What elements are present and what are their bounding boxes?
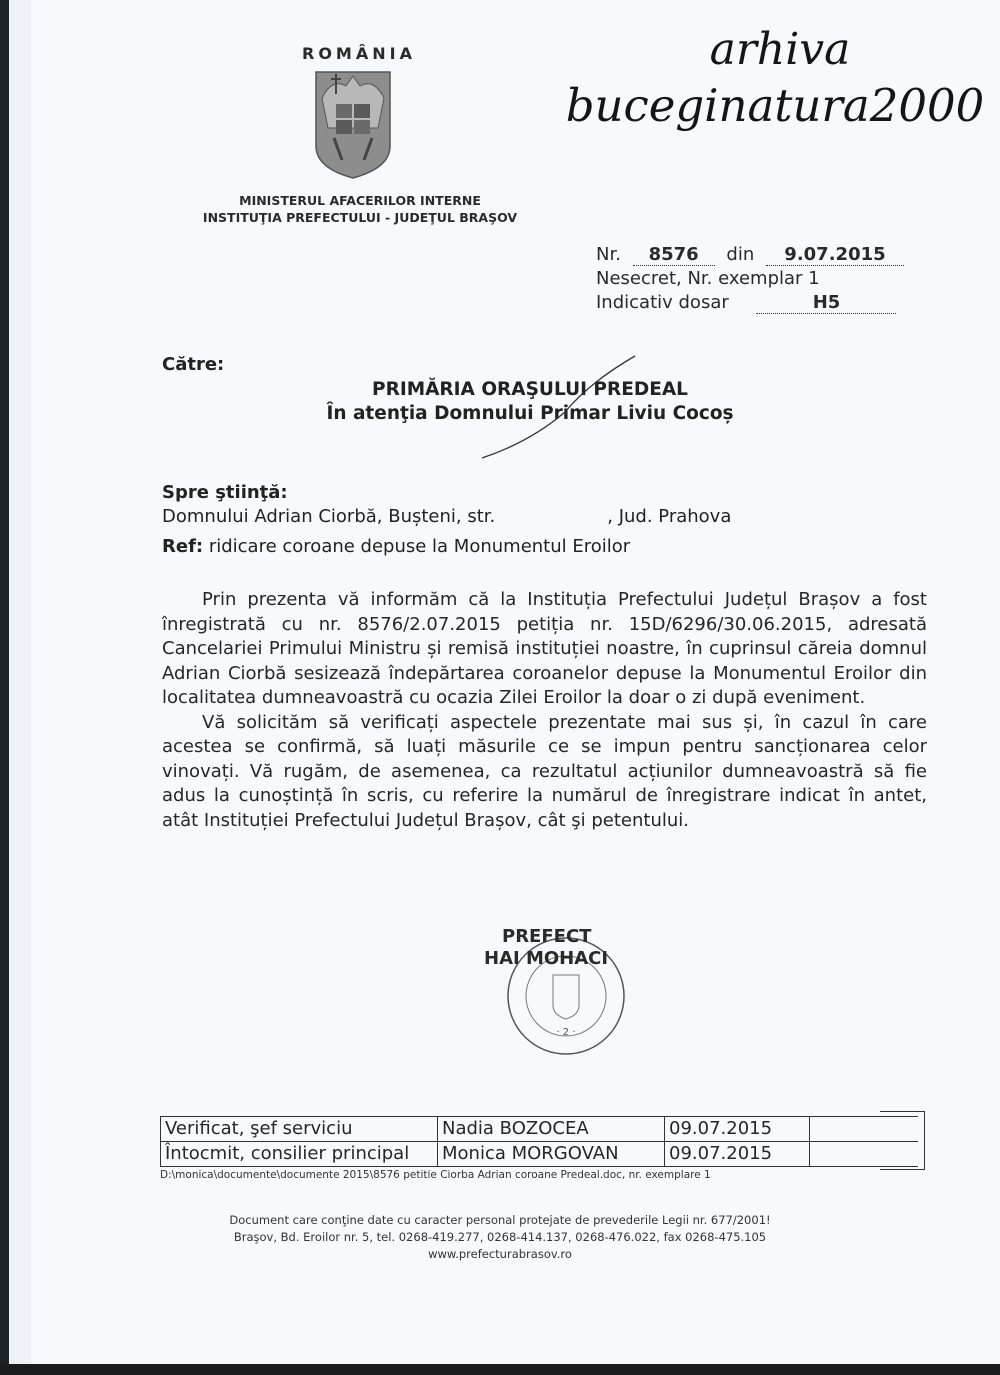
- handwritten-slash-mark: [470, 352, 650, 462]
- registration-block: Nr. 8576 din 9.07.2015 Nesecret, Nr. exe…: [596, 243, 904, 315]
- signatory-name: HAI MOHACI: [484, 948, 608, 970]
- dosar-value: H5: [756, 293, 896, 314]
- approval-date: 09.07.2015: [665, 1142, 810, 1167]
- cc-block: Spre ştiinţă: Domnului Adrian Ciorbă, Bu…: [162, 481, 731, 529]
- svg-text:· 2 ·: · 2 ·: [556, 1027, 575, 1038]
- table-row: Verificat, şef serviciu Nadia BOZOCEA 09…: [161, 1117, 919, 1142]
- scan-margin-left: [9, 0, 31, 1375]
- privacy-notice: Document care conţine date cu caracter p…: [180, 1212, 820, 1229]
- reference-line: Ref: ridicare coroane depuse la Monument…: [162, 536, 630, 557]
- approval-date: 09.07.2015: [665, 1117, 810, 1142]
- contact-address: Braşov, Bd. Eroilor nr. 5, tel. 0268-419…: [180, 1229, 820, 1246]
- signature-box-edge: [880, 1111, 925, 1170]
- romania-coat-of-arms-icon: [312, 68, 394, 180]
- issuing-institution: MINISTERUL AFACERILOR INTERNE INSTITUŢIA…: [180, 192, 540, 226]
- registration-date: 9.07.2015: [766, 245, 904, 266]
- approvals-table: Verificat, şef serviciu Nadia BOZOCEA 09…: [160, 1116, 918, 1167]
- archive-watermark: arhiva buceginatura2000: [575, 22, 985, 134]
- signatory-title: PREFECT: [498, 926, 608, 948]
- letter-body: Prin prezenta vă informăm că la Instituț…: [162, 588, 927, 833]
- approval-name: Monica MORGOVAN: [438, 1142, 665, 1167]
- cc-label: Spre ştiinţă:: [162, 482, 288, 503]
- dosar-label: Indicativ dosar: [596, 292, 729, 313]
- signature-block: PREFECT HAI MOHACI: [498, 926, 608, 970]
- scan-border-left: [0, 0, 9, 1375]
- registration-number: 8576: [633, 245, 715, 266]
- file-path: D:\monica\documente\documente 2015\8576 …: [160, 1169, 711, 1181]
- watermark-line2: buceginatura2000: [565, 78, 985, 134]
- table-row: Întocmit, consilier principal Monica MOR…: [161, 1142, 919, 1167]
- website-link[interactable]: www.prefecturabrasov.ro: [180, 1246, 820, 1263]
- country-heading: ROMÂNIA: [302, 44, 416, 63]
- cc-text-before: Domnului Adrian Ciorbă, Bușteni, str.: [162, 506, 495, 527]
- din-label: din: [726, 244, 754, 265]
- footer: Document care conţine date cu caracter p…: [180, 1212, 820, 1263]
- watermark-line1: arhiva: [710, 24, 851, 75]
- prefecture-name: INSTITUŢIA PREFECTULUI - JUDEŢUL BRAŞOV: [180, 209, 540, 226]
- classification: Nesecret, Nr. exemplar 1: [596, 267, 904, 291]
- nr-label: Nr.: [596, 244, 621, 265]
- approval-role: Întocmit, consilier principal: [161, 1142, 438, 1167]
- reference-text: ridicare coroane depuse la Monumentul Er…: [203, 536, 630, 557]
- addressee-label: Către:: [162, 354, 224, 375]
- approval-name: Nadia BOZOCEA: [438, 1117, 665, 1142]
- body-paragraph-1: Prin prezenta vă informăm că la Instituț…: [162, 588, 927, 711]
- scan-border-bottom: [0, 1364, 1000, 1375]
- body-paragraph-2: Vă solicităm să verificați aspectele pre…: [162, 711, 927, 834]
- ministry-name: MINISTERUL AFACERILOR INTERNE: [180, 192, 540, 209]
- approval-role: Verificat, şef serviciu: [161, 1117, 438, 1142]
- reference-label: Ref:: [162, 536, 203, 557]
- cc-text-after: , Jud. Prahova: [607, 506, 731, 527]
